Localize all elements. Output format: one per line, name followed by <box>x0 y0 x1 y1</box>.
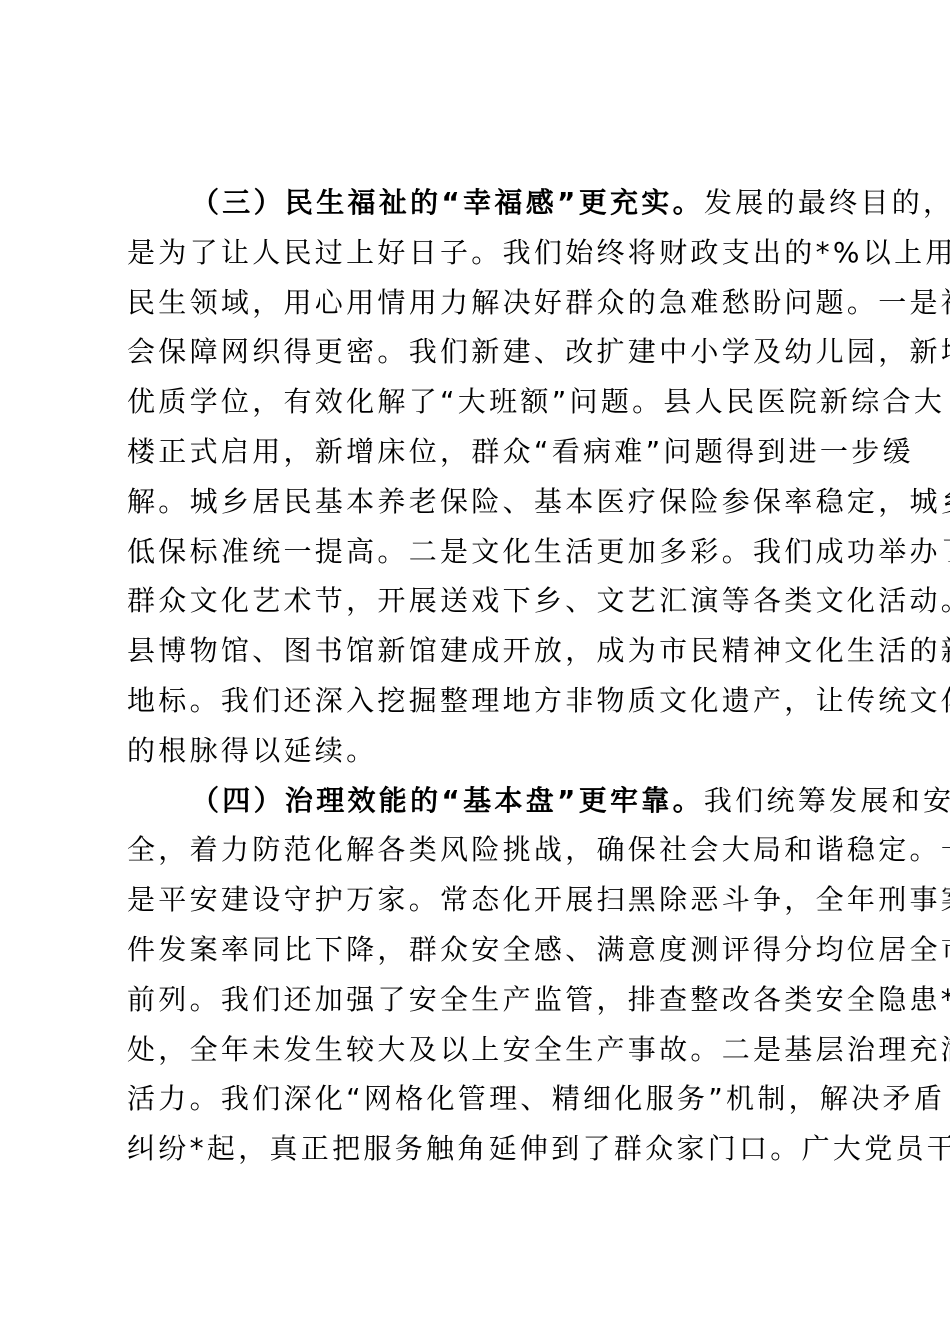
paragraph-line: 低保标准统一提高。二是文化生活更加多彩。我们成功举办了 <box>127 527 833 577</box>
paragraph-line: 活力。我们深化“网格化管理、精细化服务”机制，解决矛盾 <box>127 1074 833 1124</box>
paragraph-line: 会保障网织得更密。我们新建、改扩建中小学及幼儿园，新增 <box>127 327 833 377</box>
section-heading: （三）民生福祉的“幸福感”更充实。 <box>191 186 704 219</box>
paragraph-line: 全，着力防范化解各类风险挑战，确保社会大局和谐稳定。一 <box>127 825 833 875</box>
paragraph-line: 件发案率同比下降，群众安全感、满意度测评得分均位居全市 <box>127 925 833 975</box>
paragraph-line: 的根脉得以延续。 <box>127 726 833 776</box>
document-body: （三）民生福祉的“幸福感”更充实。发展的最终目的， 是为了让人民过上好日子。我们… <box>127 178 833 1174</box>
document-page: （三）民生福祉的“幸福感”更充实。发展的最终目的， 是为了让人民过上好日子。我们… <box>0 0 950 1344</box>
paragraph-line: 纠纷*起，真正把服务触角延伸到了群众家门口。广大党员干部 <box>127 1124 833 1174</box>
section-heading: （四）治理效能的“基本盘”更牢靠。 <box>191 784 704 817</box>
paragraph-line: 前列。我们还加强了安全生产监管，排查整改各类安全隐患* <box>127 975 833 1025</box>
paragraph-line: 地标。我们还深入挖掘整理地方非物质文化遗产，让传统文化 <box>127 676 833 726</box>
paragraph-line: 解。城乡居民基本养老保险、基本医疗保险参保率稳定，城乡 <box>127 477 833 527</box>
paragraph-line: 是平安建设守护万家。常态化开展扫黑除恶斗争，全年刑事案 <box>127 875 833 925</box>
line-text: 发展的最终目的， <box>704 186 950 219</box>
paragraph-line: （四）治理效能的“基本盘”更牢靠。我们统筹发展和安 <box>127 776 833 826</box>
paragraph-line: 群众文化艺术节，开展送戏下乡、文艺汇演等各类文化活动。 <box>127 576 833 626</box>
paragraph-line: 优质学位，有效化解了“大班额”问题。县人民医院新综合大 <box>127 377 833 427</box>
paragraph-line: 楼正式启用，新增床位，群众“看病难”问题得到进一步缓 <box>127 427 833 477</box>
line-text: 我们统筹发展和安 <box>704 784 950 817</box>
paragraph-line: 民生领域，用心用情用力解决好群众的急难愁盼问题。一是社 <box>127 278 833 328</box>
paragraph-line: 是为了让人民过上好日子。我们始终将财政支出的*%以上用于 <box>127 228 833 278</box>
paragraph-line: 县博物馆、图书馆新馆建成开放，成为市民精神文化生活的新 <box>127 626 833 676</box>
paragraph-line: （三）民生福祉的“幸福感”更充实。发展的最终目的， <box>127 178 833 228</box>
paragraph-line: 处，全年未发生较大及以上安全生产事故。二是基层治理充满 <box>127 1025 833 1075</box>
